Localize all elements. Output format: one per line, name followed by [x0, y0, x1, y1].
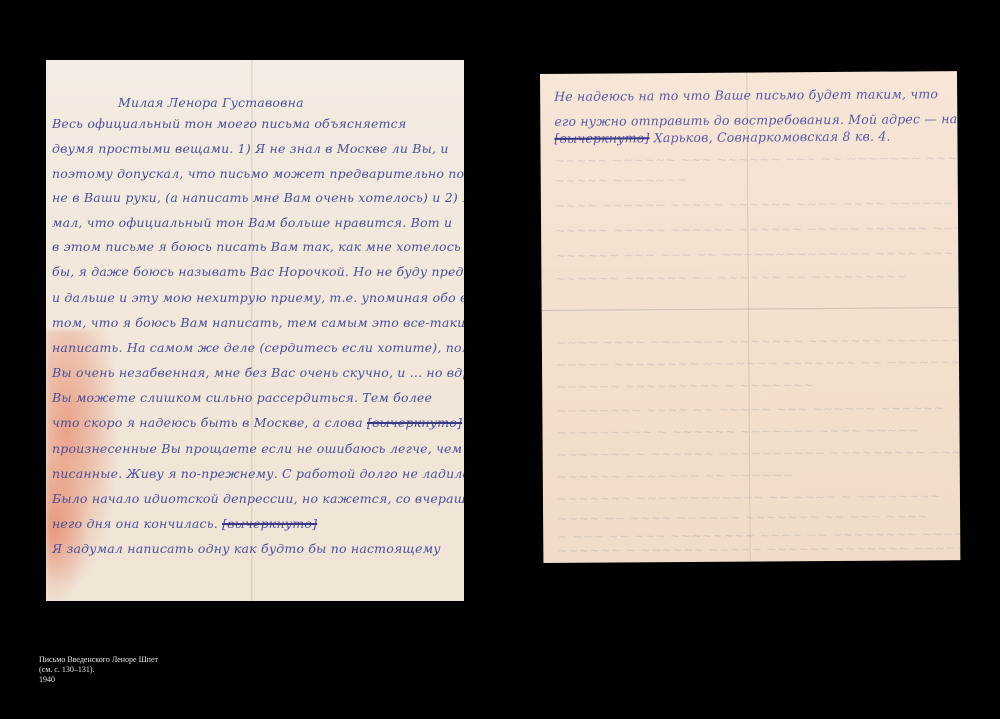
bleed-through-line: ~~~~~~~ ~~~~~~~~~~~~ ~~ ~~~~ ~ ~~~~~~~~ — [543, 489, 960, 506]
caption-year: 1940 — [39, 675, 158, 685]
handwritten-line: Весь официальный тон моего письма объясн… — [46, 117, 464, 131]
ink-line: его нужно отправить до востребования. Мо… — [540, 112, 957, 129]
struck-out-word: [вычеркнуто] — [222, 517, 317, 531]
ink-line: Не надеюсь на то что Ваше письмо будет т… — [540, 87, 957, 104]
figure-caption: Письмо Введенского Леноре Шпет (см. с. 1… — [39, 655, 158, 685]
handwritten-line: поэтому допускал, что письмо может предв… — [46, 167, 464, 181]
bleed-through-line: ~~~~~~ ~ ~~~~~~ ~~~~~ ~~~~~~ ~~~~~~~ ~~~… — [543, 541, 960, 558]
handwritten-line: Вы можете слишком сильно рассердиться. Т… — [46, 391, 464, 405]
line-text: него дня она кончилась. — [52, 517, 218, 531]
struck-out-word: [вычеркнуто] — [554, 130, 649, 146]
bleed-through-line: ~~~~~~~~ ~~~~ ~~ ~~~~~ ~~~ ~~~~~~ ~~~~~~ — [542, 401, 959, 418]
letter-page-right: Не надеюсь на то что Ваше письмо будет т… — [540, 71, 960, 563]
bleed-through-line: ~~~~~ ~~~~~~~~ ~~~~~~~ ~~~~~~~ ~~ ~~~~~~… — [542, 355, 959, 372]
handwritten-line: что скоро я надеюсь быть в Москве, а сло… — [46, 416, 464, 430]
caption-title: Письмо Введенского Леноре Шпет — [39, 655, 158, 665]
bleed-through-line: ~~~~~~ ~~~~~~~~~ ~ ~~~~~~~ — [542, 377, 959, 394]
horizontal-fold-line — [542, 307, 959, 312]
handwritten-line: Вы очень незабвенная, мне без Вас очень … — [46, 366, 464, 380]
bleed-through-line: ~~~~~~~~~ ~ ~~~~~~ ~~~~~~~ ~~~~ ~~~~~ — [542, 423, 959, 440]
bleed-through-line: ~~~~~ ~~~~~~ ~~~ ~~~~~~ ~~~ ~~ ~~~~~~~ ~… — [541, 151, 958, 168]
handwritten-line: Было начало идиотской депрессии, но каже… — [46, 492, 464, 506]
caption-reference: (см. с. 130–131). — [39, 665, 158, 675]
struck-out-word: [вычеркнуто] — [367, 416, 462, 430]
handwritten-line: в этом письме я боюсь писать Вам так, ка… — [46, 240, 464, 254]
ink-line: [вычеркнуто] Харьков, Совнаркомовская 8 … — [540, 129, 957, 146]
address-text: Харьков, Совнаркомовская 8 кв. 4. — [654, 129, 891, 145]
bleed-through-line: ~~~~ ~~~~~~ ~~~~~ ~~~~~~ ~~~~ ~~~~ ~~~~~… — [541, 196, 958, 213]
letter-page-left: Милая Ленора Густавовна Весь официальный… — [46, 60, 464, 601]
handwritten-line: мал, что официальный тон Вам больше нрав… — [46, 216, 464, 230]
bleed-through-line: ~~~~~ ~~~~~~~ — [541, 171, 958, 188]
handwritten-line: двумя простыми вещами. 1) Я не знал в Мо… — [46, 142, 464, 156]
line-text: что скоро я надеюсь быть в Москве, а сло… — [52, 416, 363, 430]
handwritten-line: Я задумал написать одну как будто бы по … — [46, 542, 464, 556]
vertical-fold-line — [746, 73, 751, 562]
handwritten-line: том, что я боюсь Вам написать, тем самым… — [46, 316, 464, 330]
salutation: Милая Ленора Густавовна — [46, 96, 464, 110]
bleed-through-line: ~~~~~~~ ~ ~~~~~~ ~~~~~~~~~~ ~~~~~~~~~ ~~… — [543, 445, 960, 462]
bleed-through-line: ~~~~ ~~ ~~~~ ~~~~~~ ~~~~~~~ ~~ ~~~ ~~~~ — [543, 509, 960, 526]
handwritten-line: и дальше и эту мою нехитрую приему, т.е.… — [46, 291, 464, 305]
handwritten-line: не в Ваши руки, (а написать мне Вам очен… — [46, 191, 464, 205]
handwritten-line: писанные. Живу я по-прежнему. С работой … — [46, 467, 464, 481]
handwritten-line: бы, я даже боюсь называть Вас Норочкой. … — [46, 265, 464, 279]
bleed-through-line: ~~~~ ~~~~ ~~~~~~~ ~~~~~~~ ~~~~~~~ ~~~~~~… — [542, 333, 959, 350]
handwritten-line: произнесенные Вы прощаете если не ошибаю… — [46, 442, 464, 456]
handwritten-line: написать. На самом же деле (сердитесь ес… — [46, 341, 464, 355]
bleed-through-line: ~~~~~~ ~~~~~~~ ~~ ~~~~~~ — [543, 467, 960, 484]
handwritten-line: него дня она кончилась. [вычеркнуто] — [46, 517, 464, 531]
bleed-through-line: ~~~~~ ~~~~~ ~~~~~~ ~~~~~~ ~~~~~ ~~~~~~ ~… — [541, 221, 958, 238]
bleed-through-line: ~~~~~~ ~~~~~~ ~~ ~~~~~~ ~~ ~~~~~~~~~ — [541, 269, 958, 286]
bleed-through-line: ~~~~~~ ~~~ ~~~ ~~ ~~~~~~~~~~~~~~ ~~~~ ~~… — [541, 246, 958, 263]
